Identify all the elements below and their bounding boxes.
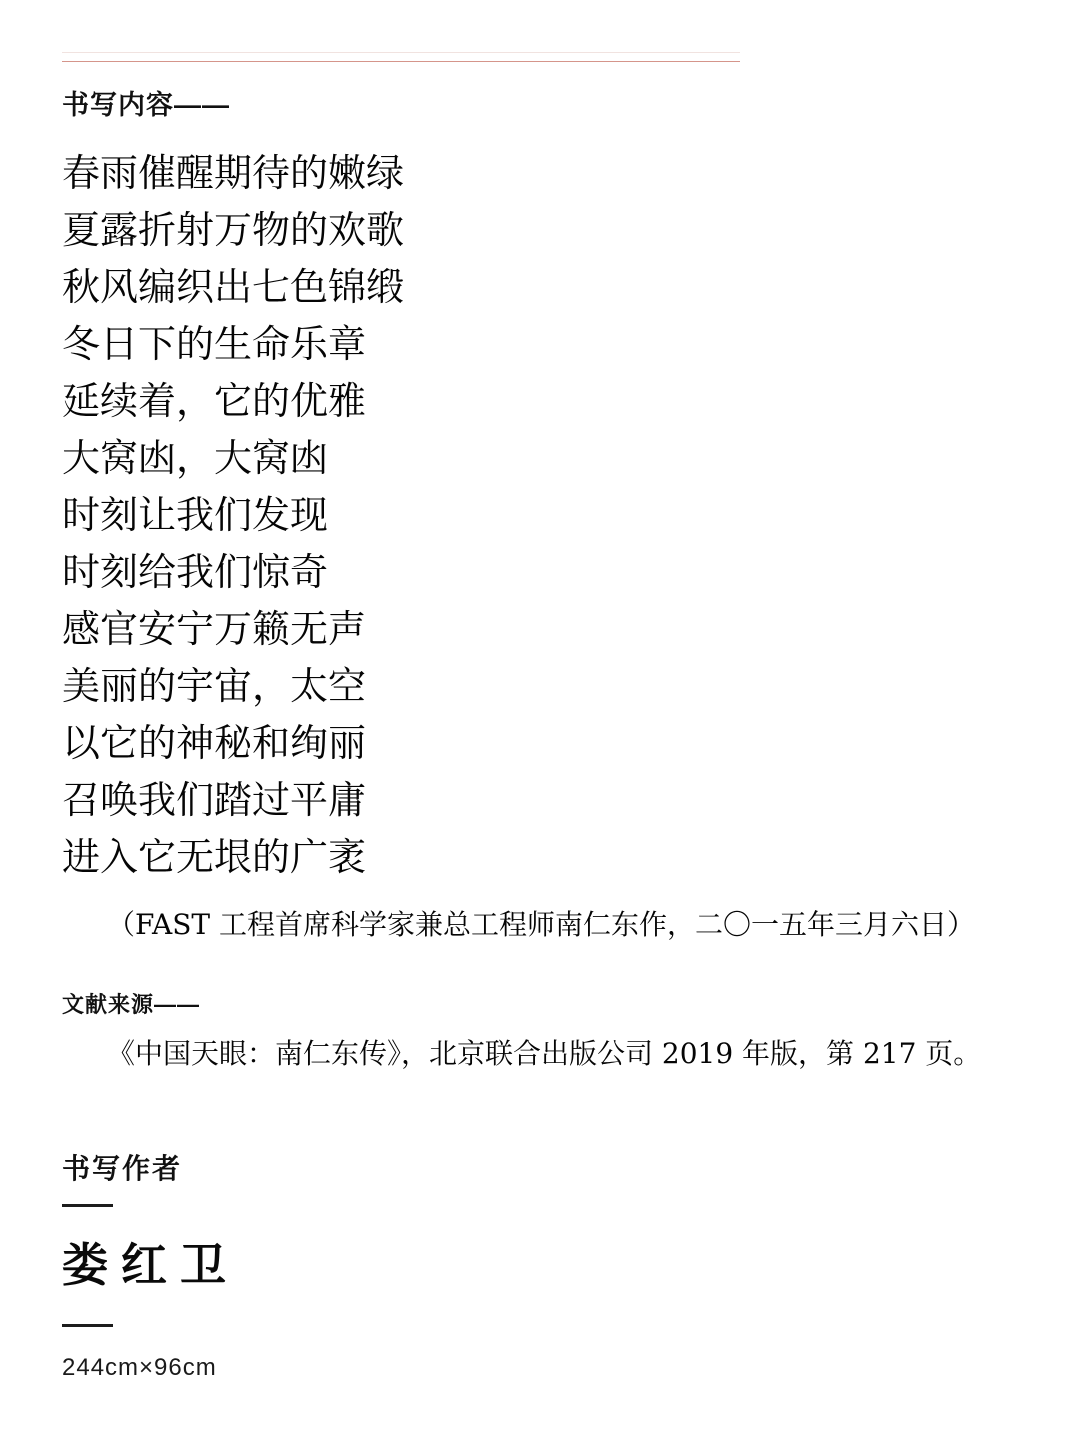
poem-attribution: （FAST 工程首席科学家兼总工程师南仁东作，二〇一五年三月六日） xyxy=(62,908,1080,942)
poem-line: 召唤我们踏过平庸 xyxy=(62,772,1080,829)
poem-line: 进入它无垠的广袤 xyxy=(62,829,1080,886)
author-divider-rule xyxy=(62,1204,113,1207)
poem-line: 冬日下的生命乐章 xyxy=(62,316,1080,373)
source-section-heading: 文献来源—— xyxy=(62,990,1080,1020)
source-citation: 《中国天眼：南仁东传》，北京联合出版公司 2019 年版，第 217 页。 xyxy=(62,1037,1080,1071)
poem-block: 春雨催醒期待的嫩绿 夏露折射万物的欢歌 秋风编织出七色锦缎 冬日下的生命乐章 延… xyxy=(62,145,1080,886)
top-divider xyxy=(62,52,740,62)
poem-line: 时刻给我们惊奇 xyxy=(62,544,1080,601)
poem-line: 春雨催醒期待的嫩绿 xyxy=(62,145,1080,202)
content-section-heading: 书写内容—— xyxy=(62,86,1080,124)
poem-line: 大窝凼，大窝凼 xyxy=(62,430,1080,487)
poem-line: 美丽的宇宙，太空 xyxy=(62,658,1080,715)
author-name: 娄红卫 xyxy=(62,1235,1080,1295)
artwork-dimensions: 244cm×96cm xyxy=(62,1353,1080,1383)
poem-line: 秋风编织出七色锦缎 xyxy=(62,259,1080,316)
dimensions-divider-rule xyxy=(62,1324,113,1327)
poem-line: 夏露折射万物的欢歌 xyxy=(62,202,1080,259)
top-divider-faint-line xyxy=(62,52,740,53)
article-page: 书写内容—— 春雨催醒期待的嫩绿 夏露折射万物的欢歌 秋风编织出七色锦缎 冬日下… xyxy=(0,0,1080,1439)
poem-line: 时刻让我们发现 xyxy=(62,487,1080,544)
poem-line: 延续着，它的优雅 xyxy=(62,373,1080,430)
poem-line: 以它的神秘和绚丽 xyxy=(62,715,1080,772)
poem-line: 感官安宁万籁无声 xyxy=(62,601,1080,658)
author-section-label: 书写作者 xyxy=(62,1151,1080,1187)
top-divider-accent-line xyxy=(62,61,740,62)
